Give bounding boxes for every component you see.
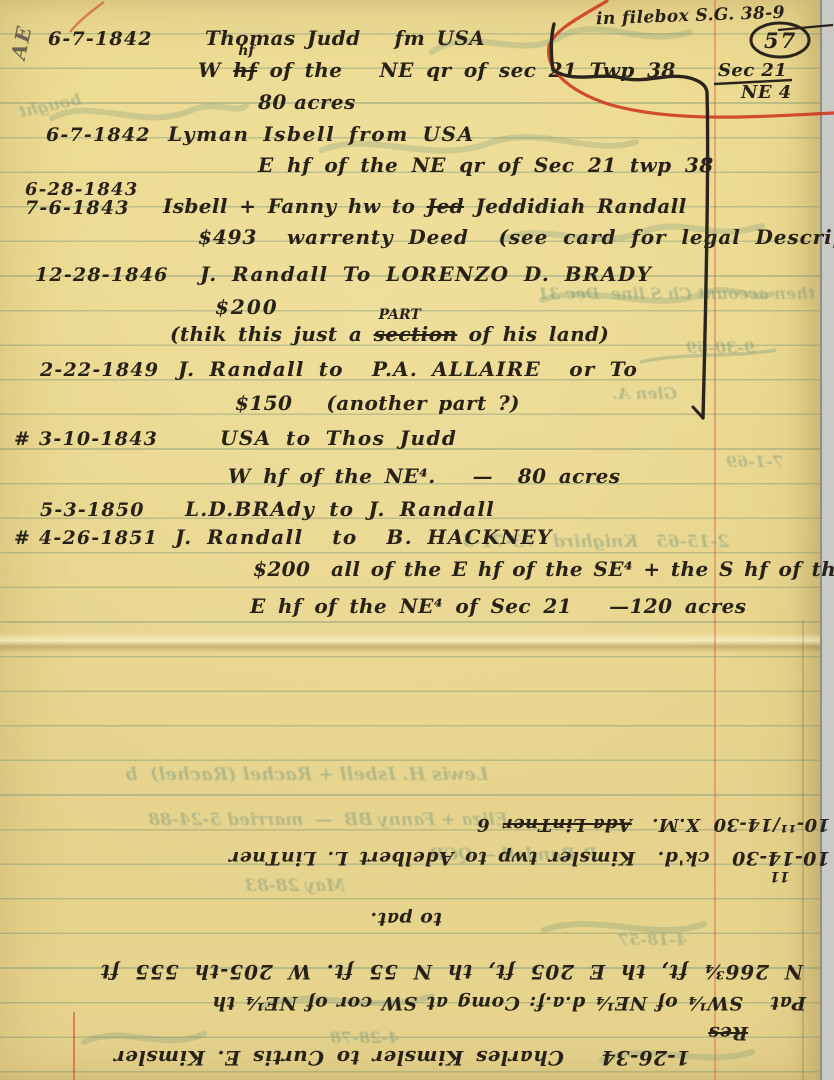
struck-word: hf (233, 58, 257, 82)
entry-date: 2-22-1849 (40, 359, 159, 381)
struck-word: Jed (427, 194, 464, 218)
entry-text: Lyman Isbell from USA (168, 122, 475, 146)
flipped-entry: 10-1411-30 ck'd. Kimsler twp to Adelbert… (168, 847, 830, 869)
entry-fragment: -30 ck'd. Kimsler twp to Adelbert L. Lin… (229, 847, 767, 869)
entry-fragment: 14 (767, 847, 794, 869)
entry-fragment: (thik this just a (170, 322, 374, 346)
entry-fragment: of his land) (457, 322, 609, 346)
entry-text: $200 all of the E hf of the SE⁴ + the S … (253, 557, 834, 581)
bleedthrough-text: 4-18-57 (618, 930, 687, 949)
entry-text: J. Randall to P.A. ALLAIRE or To (178, 357, 638, 381)
entry-text: Isbell + Fanny hw to Jed Jeddidiah Randa… (163, 194, 687, 218)
struck-word: Ada LinTner (503, 814, 632, 835)
bleedthrough-text: Eliza + Fanny BB — married 5-24-88 (148, 810, 508, 830)
entry-text: E hf of the NE⁴ of Sec 21 —120 acres (250, 594, 746, 618)
entry-fragment: W (198, 58, 233, 82)
entry-fragment: Isbell + Fanny hw to (163, 194, 427, 218)
entry-text: E hf of the NE qr of Sec 21 twp 38 (258, 153, 714, 177)
entry-date: 6-7-1842 (48, 28, 153, 50)
entry-date: 5-3-1850 (40, 499, 145, 521)
bleedthrough-text: 7-1-69 (726, 452, 784, 471)
entry-text: J. Randall To LORENZO D. BRADY (200, 262, 652, 286)
flipped-entry: Pat SW¼ of NE¼ d.a.f: Comg at SW cor of … (328, 992, 806, 1014)
entry-fragment: Jeddidiah Randall (464, 194, 687, 218)
ne-quarter-note: NE 4 (741, 82, 792, 103)
entry-fragment: of the NE qr of sec 21 Twp 38 (257, 58, 676, 82)
entry-text: $150 (another part ?) (235, 391, 520, 415)
flipped-entry: 1-26-34 Charles Kimsler to Curtis E. Kim… (128, 1046, 690, 1070)
entry-text: W hfhf of the NE qr of sec 21 Twp 38 (198, 58, 676, 82)
entry-text: W hf of the NE⁴. — 80 acres (228, 464, 620, 488)
entry-text: $493 warrenty Deed (see card for legal D… (198, 225, 834, 249)
entry-text: 80 acres (258, 90, 356, 114)
bleedthrough-text: then account Ch S line Dec 31 (538, 284, 815, 303)
flipped-entry: N 266¾ ft, th E 205 ft, th N 55 ft. W 20… (38, 960, 803, 984)
entry-fragment: 10- (794, 847, 830, 869)
inserted-word: 11 (770, 868, 789, 884)
badge-57: 57 (764, 28, 797, 53)
entry-date: 7-6-1843 (25, 197, 130, 219)
scanner-edge-strip (820, 0, 834, 1080)
entry-date: # 3-10-1843 (14, 428, 158, 450)
flipped-entry: to pat. (338, 908, 442, 930)
entry-text: Charles Kimsler to Curtis E. Kimsler (114, 1046, 564, 1070)
entry-text: J. Randall to B. HACKNEY (175, 525, 553, 549)
inserted-word: hf (238, 43, 254, 59)
entry-fragment: 10-¹¹/14-30 X.M. (632, 814, 830, 835)
correction: hfhf (233, 58, 257, 82)
inserted-word: PART (379, 307, 421, 323)
entry-text: $200 (215, 295, 279, 319)
margin-line-bleed (73, 1012, 75, 1080)
correction: sectionPART (374, 322, 458, 346)
entry-text: (thik this just a sectionPART of his lan… (170, 322, 609, 346)
flipped-entry: 10-¹¹/14-30 X.M. Ada LinTner 6 (455, 814, 830, 835)
entry-date: 12-28-1846 (35, 264, 169, 286)
bleedthrough-text: Glen A. (612, 384, 677, 403)
struck-word: section (374, 322, 458, 346)
bleedthrough-text: 9-30-69 (686, 338, 755, 357)
entry-date: # 4-26-1851 (14, 527, 158, 549)
sec-21-note: Sec 21 (718, 60, 787, 81)
entry-date: 1-26-34 (601, 1046, 690, 1070)
entry-text: USA to Thos Judd (220, 426, 457, 450)
entry-text: L.D.BRAdy to J. Randall (185, 497, 495, 521)
bleedthrough-text: Lewis H. Isbell + Rachel (Rachel) b (125, 764, 488, 785)
entry-date: 6-7-1842 (46, 124, 151, 146)
fold-crease (0, 633, 820, 653)
scanned-ledger-page: Lewis H. Isbell + Rachel (Rachel) b Eliz… (0, 0, 834, 1080)
correction: 1411 (767, 847, 794, 869)
entry-fragment: 6 (477, 814, 503, 835)
bleedthrough-text: 4-28-78 (330, 1028, 399, 1047)
flipped-struck-word: Res (692, 1022, 748, 1044)
bleedthrough-text: May 28-83 (245, 876, 345, 896)
